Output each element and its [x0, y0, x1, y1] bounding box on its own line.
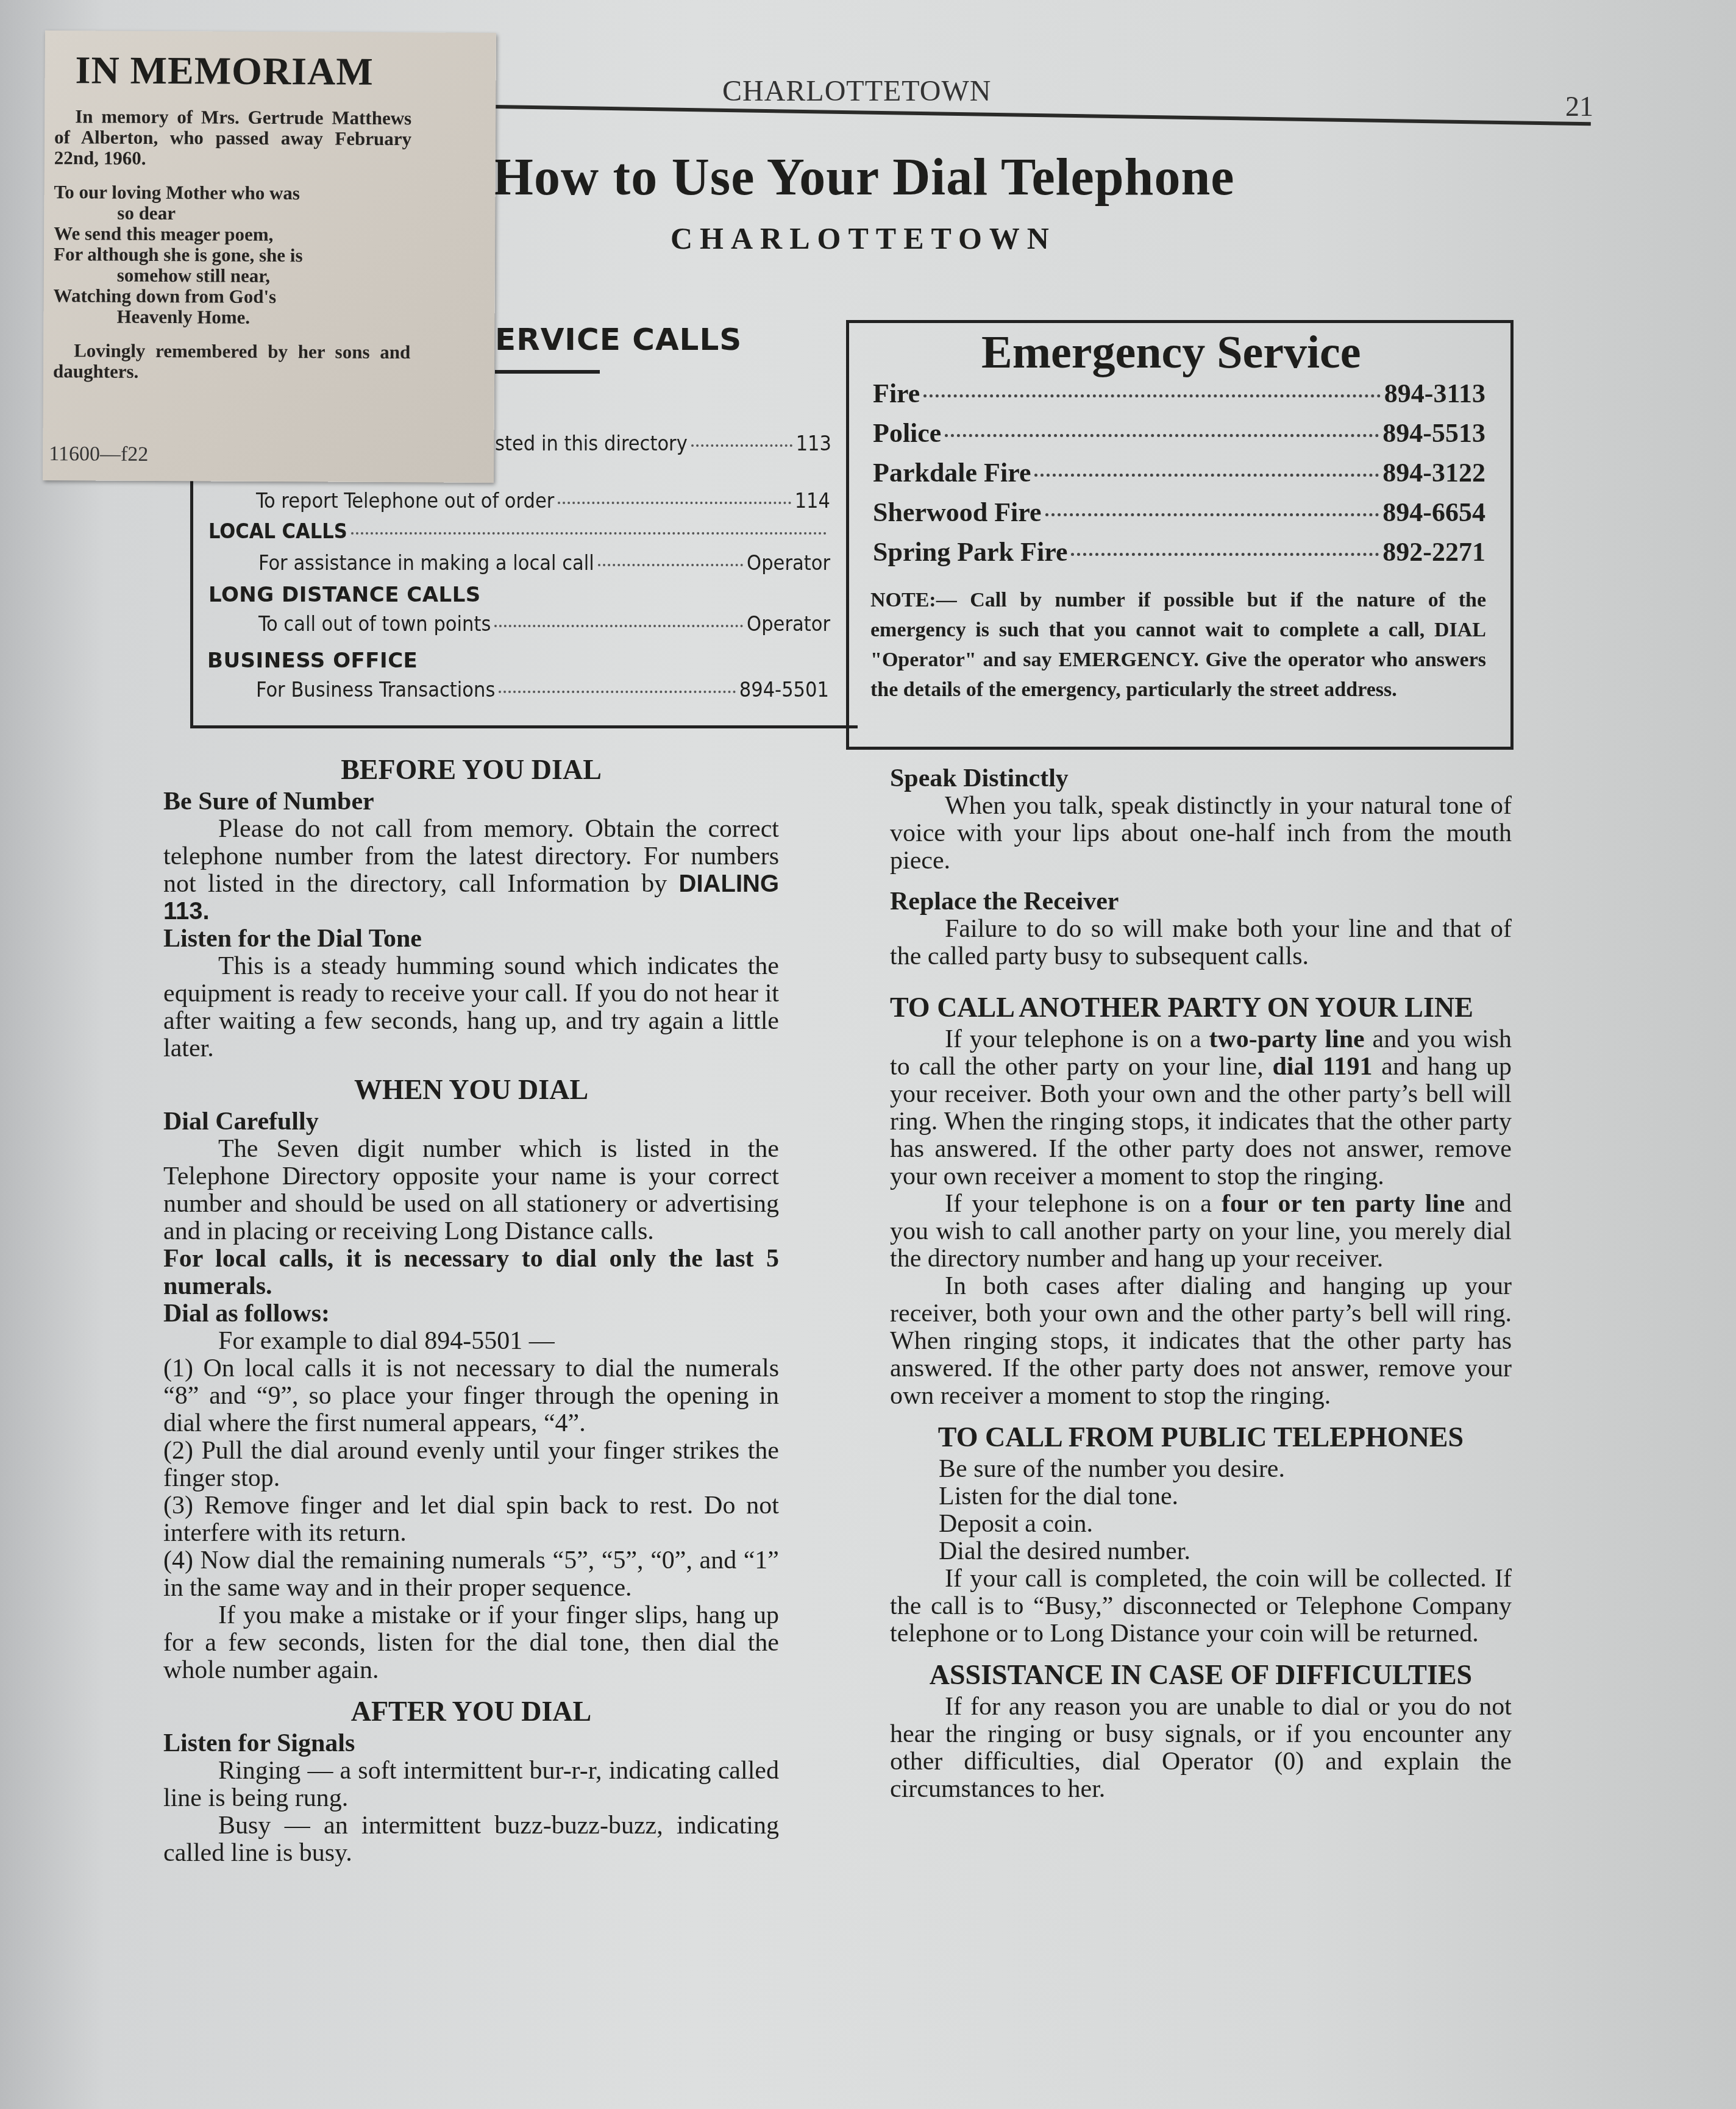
- poem-line: For although she is gone, she is: [54, 244, 411, 266]
- emergency-title: Emergency Service: [981, 326, 1361, 379]
- poem-line: Heavenly Home.: [53, 306, 410, 329]
- right-column: Speak Distinctly When you talk, speak di…: [890, 765, 1512, 1803]
- dial-tone-heading: Listen for the Dial Tone: [163, 925, 779, 953]
- leader-dots: [351, 532, 827, 535]
- dial-step: (4) Now dial the remaining numerals “5”,…: [163, 1547, 779, 1602]
- service-heading-business-office: BUSINESS OFFICE: [207, 649, 418, 673]
- leader-dots: [1071, 553, 1379, 556]
- clipping-body: In memory of Mrs. Gertrude Matthews of A…: [53, 106, 411, 397]
- assistance-text: If for any reason you are unable to dial…: [890, 1693, 1512, 1803]
- clipping-title: IN MEMORIAM: [75, 48, 374, 94]
- running-head: CHARLOTTETOWN: [722, 74, 991, 108]
- local-calls-note: For local calls, it is necessary to dial…: [163, 1245, 779, 1300]
- service-row-local-calls: For assistance in making a local callOpe…: [258, 551, 830, 575]
- emergency-row: Parkdale Fire894-3122: [873, 457, 1485, 488]
- poem-line: We send this meager poem,: [54, 223, 411, 246]
- emergency-note: NOTE:— Call by number if possible but if…: [870, 585, 1486, 705]
- when-you-dial-heading: WHEN YOU DIAL: [163, 1076, 779, 1103]
- public-step: Listen for the dial tone.: [939, 1483, 1512, 1510]
- four-ten-party-text: If your telephone is on a four or ten pa…: [890, 1190, 1512, 1273]
- leader-dots: [945, 434, 1379, 437]
- service-calls-rule: [495, 370, 600, 374]
- signals-heading: Listen for Signals: [163, 1730, 779, 1757]
- service-heading-local-calls: LOCAL CALLS: [208, 519, 830, 544]
- two-party-text: If your telephone is on a two-party line…: [890, 1026, 1512, 1190]
- public-step: Deposit a coin.: [939, 1510, 1512, 1538]
- party-line-heading: TO CALL ANOTHER PARTY ON YOUR LINE: [890, 994, 1512, 1021]
- clipping-intro: In memory of Mrs. Gertrude Matthews of A…: [54, 106, 412, 170]
- leader-dots: [499, 691, 735, 693]
- public-text: If your call is completed, the coin will…: [890, 1565, 1512, 1648]
- poem-line: Watching down from God's: [54, 285, 411, 308]
- public-telephones-heading: TO CALL FROM PUBLIC TELEPHONES: [890, 1423, 1512, 1451]
- service-row-information: sted in this directory113: [495, 432, 831, 456]
- poem-line: so dear: [54, 202, 411, 225]
- page-title: How to Use Your Dial Telephone: [493, 146, 1234, 207]
- leader-dots: [1034, 474, 1379, 477]
- memoriam-clipping: IN MEMORIAM In memory of Mrs. Gertrude M…: [43, 30, 496, 483]
- both-cases-text: In both cases after dialing and hanging …: [890, 1273, 1512, 1410]
- emergency-row: Spring Park Fire892-2271: [873, 536, 1485, 567]
- page-number: 21: [1565, 90, 1593, 123]
- directory-page: CHARLOTTETOWN 21 How to Use Your Dial Te…: [0, 0, 1736, 2109]
- dial-step: (1) On local calls it is not necessary t…: [163, 1355, 779, 1437]
- public-step: Dial the desired number.: [939, 1538, 1512, 1565]
- dial-example: For example to dial 894-5501 —: [163, 1328, 779, 1355]
- leader-dots: [494, 625, 743, 627]
- replace-heading: Replace the Receiver: [890, 888, 1512, 916]
- poem-line: To our loving Mother who was: [54, 182, 411, 204]
- left-column: BEFORE YOU DIAL Be Sure of Number Please…: [163, 756, 779, 1867]
- dial-tone-text: This is a steady humming sound which ind…: [163, 953, 779, 1062]
- speak-heading: Speak Distinctly: [890, 765, 1512, 792]
- header-rule: [494, 105, 1591, 126]
- service-row-repair: To report Telephone out of order114: [256, 489, 830, 513]
- leader-dots: [923, 394, 1380, 397]
- dial-carefully-text: The Seven digit number which is listed i…: [163, 1136, 779, 1245]
- emergency-row: Sherwood Fire894-6654: [873, 497, 1485, 528]
- poem-line: somehow still near,: [54, 265, 411, 287]
- before-you-dial-heading: BEFORE YOU DIAL: [163, 756, 779, 783]
- dial-as-follows-heading: Dial as follows:: [163, 1300, 779, 1328]
- service-heading-long-distance: LONG DISTANCE CALLS: [208, 583, 481, 607]
- be-sure-heading: Be Sure of Number: [163, 788, 779, 816]
- replace-text: Failure to do so will make both your lin…: [890, 916, 1512, 970]
- clipping-code: 11600—f22: [49, 443, 148, 466]
- service-row-business-office: For Business Transactions894-5501: [256, 678, 829, 702]
- after-you-dial-heading: AFTER YOU DIAL: [163, 1698, 779, 1725]
- page-subtitle: CHARLOTTETOWN: [671, 221, 1056, 256]
- mistake-text: If you make a mistake or if your finger …: [163, 1602, 779, 1684]
- dial-carefully-heading: Dial Carefully: [163, 1108, 779, 1136]
- public-step: Be sure of the number you desire.: [939, 1456, 1512, 1483]
- dial-step: (2) Pull the dial around evenly until yo…: [163, 1437, 779, 1492]
- emergency-row: Fire894-3113: [873, 378, 1485, 409]
- emergency-row: Police894-5513: [873, 418, 1485, 449]
- leader-dots: [1045, 513, 1379, 516]
- clipping-poem: To our loving Mother who wasso dearWe se…: [53, 182, 411, 329]
- be-sure-text: Please do not call from memory. Obtain t…: [163, 816, 779, 925]
- leader-dots: [558, 502, 791, 504]
- leader-dots: [691, 444, 792, 447]
- public-steps: Be sure of the number you desire.Listen …: [890, 1456, 1512, 1565]
- dial-steps: (1) On local calls it is not necessary t…: [163, 1355, 779, 1602]
- busy-text: Busy — an intermittent buzz-buzz-buzz, i…: [163, 1812, 779, 1867]
- dial-step: (3) Remove finger and let dial spin back…: [163, 1492, 779, 1547]
- ringing-text: Ringing — a soft intermittent bur-r-r, i…: [163, 1757, 779, 1812]
- leader-dots: [598, 564, 743, 566]
- clipping-closing: Lovingly remembered by her sons and daug…: [53, 340, 410, 383]
- assistance-heading: ASSISTANCE IN CASE OF DIFFICULTIES: [890, 1661, 1512, 1688]
- speak-text: When you talk, speak distinctly in your …: [890, 792, 1512, 875]
- service-calls-title: ERVICE CALLS: [495, 322, 742, 357]
- service-row-long-distance: To call out of town pointsOperator: [258, 612, 830, 636]
